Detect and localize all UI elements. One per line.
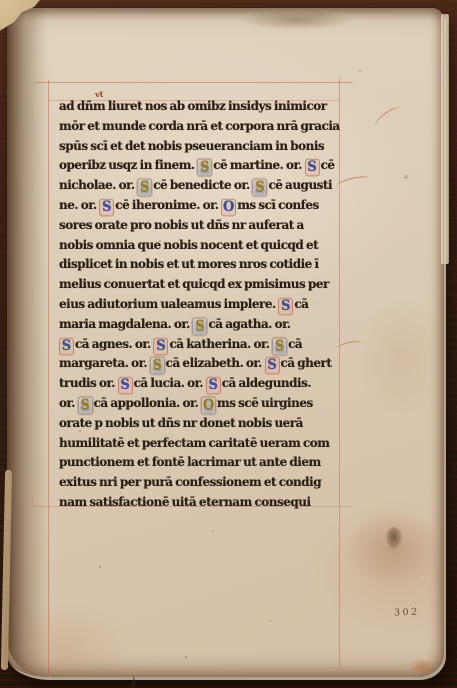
gothic-text-segment: cā elizabeth. or. — [166, 356, 265, 371]
gothic-text-segment: cā agnes. or. — [75, 336, 153, 351]
illuminated-initial-blue: S — [207, 378, 220, 394]
manuscript-text-line: humilitatē et perfectam caritatē ueram c… — [59, 433, 355, 454]
illuminated-initial-gold: S — [273, 338, 286, 354]
illuminated-initial-blue: S — [154, 338, 167, 354]
margin-discoloration — [357, 298, 447, 418]
penwork-flourish — [372, 105, 403, 130]
gothic-text-segment: cā katherina. or. — [169, 336, 272, 351]
gothic-text-segment: eius adiutorium ualeamus implere. — [59, 297, 278, 312]
gothic-text-segment: cē augusti — [268, 178, 332, 193]
gothic-text-segment: operibz usqz in finem. — [59, 158, 197, 173]
manuscript-text-line: Scā agnes. or. Scā katherina. or. Scā — [59, 334, 355, 355]
folio-number: 302 — [394, 607, 420, 619]
ink-blot-stain — [386, 527, 402, 549]
text-block: ad dñm liuret nos ab omibz insidys inimi… — [59, 97, 355, 513]
gothic-text-segment: cē — [321, 158, 335, 173]
rust-stain — [409, 659, 435, 675]
manuscript-text-line: orate p nobis ut dñs nr donet nobis uerā — [59, 413, 355, 434]
gothic-text-segment: humilitatē et perfectam caritatē ueram c… — [59, 435, 329, 450]
illuminated-initial-blue: S — [306, 160, 319, 176]
illuminated-initial-blue: O — [222, 200, 235, 216]
gothic-text-segment: melius conuertat et quicqd ex pmisimus p… — [59, 277, 329, 292]
illuminated-initial-gold: S — [138, 180, 151, 196]
gothic-text-segment: or. — [59, 396, 78, 411]
gothic-text-segment: orate p nobis ut dñs nr donet nobis uerā — [59, 415, 303, 430]
manuscript-text-line: displicet in nobis et ut mores nros coti… — [59, 255, 355, 276]
manuscript-text-line: exitus nri per purā confessionem et cond… — [59, 473, 355, 494]
illuminated-initial-blue: S — [266, 358, 279, 374]
manuscript-text-line: or. Scā appollonia. or. Oms scē uirgines — [59, 394, 355, 415]
gothic-text-segment: nicholae. or. — [59, 178, 137, 193]
manuscript-text-line: operibz usqz in finem. Scē martine. or. … — [59, 156, 355, 177]
illuminated-initial-gold: O — [202, 398, 215, 414]
illuminated-initial-gold: S — [151, 358, 164, 374]
gothic-text-segment: nobis omnia que nobis nocent et quicqd e… — [59, 237, 318, 252]
gothic-text-segment: cā appollonia. or. — [94, 396, 201, 411]
gothic-text-segment: cā ghert — [281, 356, 332, 371]
gothic-text-segment: punctionem et fontē lacrimar ut ante die… — [59, 455, 321, 470]
gothic-text-segment: cā lucia. or. — [134, 376, 206, 391]
gothic-text-segment: sores orate pro nobis ut dñs nr auferat … — [59, 217, 304, 232]
manuscript-text-line: ad dñm liuret nos ab omibz insidys inimi… — [59, 97, 355, 118]
bottom-edge-mark — [121, 673, 136, 688]
stacked-page-edges — [441, 14, 449, 264]
illuminated-initial-blue: S — [100, 200, 113, 216]
gothic-text-segment: cā agatha. or. — [208, 316, 290, 331]
gothic-text-segment: spūs scī et det nobis pseueranciam in bo… — [59, 138, 324, 153]
gothic-text-segment: exitus nri per purā confessionem et cond… — [59, 475, 321, 490]
illuminated-initial-gold: S — [253, 180, 266, 196]
manuscript-text-line: maria magdalena. or. Scā agatha. or. — [59, 314, 355, 335]
illuminated-initial-gold: S — [193, 319, 206, 335]
illuminated-initial-gold: S — [198, 160, 211, 176]
binding-gutter-shadow — [7, 8, 47, 677]
manuscript-text-line: nam satisfactionē uitā eternam consequi — [59, 493, 355, 514]
gothic-text-segment: nam satisfactionē uitā eternam consequi — [59, 495, 311, 510]
gothic-text-segment: cē martine. or. — [213, 158, 304, 173]
manuscript-text-line: eius adiutorium ualeamus implere. Scā — [59, 295, 355, 316]
manuscript-text-line: trudis or. Scā lucia. or. Scā aldegundis… — [59, 374, 355, 395]
manuscript-text-line: ne. or. Scē iheronime. or. Oms scī confe… — [59, 196, 355, 217]
manuscript-text-line: sores orate pro nobis ut dñs nr auferat … — [59, 215, 355, 236]
manuscript-text-line: melius conuertat et quicqd ex pmisimus p… — [59, 275, 355, 296]
illuminated-initial-blue: S — [60, 338, 73, 354]
top-edge-smudge — [242, 10, 352, 30]
ruling-line-vertical-left — [48, 80, 49, 674]
gothic-text-segment: margareta. or. — [59, 356, 150, 371]
gothic-text-segment: trudis or. — [59, 376, 118, 391]
gothic-text-segment: ms scī confes — [237, 198, 319, 213]
manuscript-text-line: margareta. or. Scā elizabeth. or. Scā gh… — [59, 354, 355, 375]
ruling-line-horizontal-top — [35, 82, 353, 83]
manuscript-photo: vt ad dñm liuret nos ab omibz insidys in… — [0, 0, 457, 688]
manuscript-text-line: punctionem et fontē lacrimar ut ante die… — [59, 453, 355, 474]
gothic-text-segment: cā aldegundis. — [222, 376, 311, 391]
gothic-text-segment: ad dñm liuret nos ab omibz insidys inimi… — [59, 99, 327, 114]
manuscript-text-line: nobis omnia que nobis nocent et quicqd e… — [59, 235, 355, 256]
gothic-text-segment: cā — [288, 336, 302, 351]
parchment-page: vt ad dñm liuret nos ab omibz insidys in… — [7, 8, 444, 677]
manuscript-text-line: nicholae. or. Scē benedicte or. Scē augu… — [59, 176, 355, 197]
illuminated-initial-blue: S — [279, 299, 292, 315]
manuscript-text-line: spūs scī et det nobis pseueranciam in bo… — [59, 136, 355, 157]
gothic-text-segment: ne. or. — [59, 198, 99, 213]
gothic-text-segment: displicet in nobis et ut mores nros coti… — [59, 257, 319, 272]
gothic-text-segment: cē benedicte or. — [153, 178, 252, 193]
illuminated-initial-gold: S — [79, 398, 92, 414]
gothic-text-segment: mōr et munde corda nrā et corpora nrā gr… — [59, 118, 340, 133]
gothic-text-segment: cā — [294, 297, 308, 312]
gothic-text-segment: maria magdalena. or. — [59, 316, 192, 331]
illuminated-initial-blue: S — [119, 378, 132, 394]
gothic-text-segment: cē iheronime. or. — [115, 198, 221, 213]
manuscript-text-line: mōr et munde corda nrā et corpora nrā gr… — [59, 116, 355, 137]
gothic-text-segment: ms scē uirgines — [217, 396, 313, 411]
